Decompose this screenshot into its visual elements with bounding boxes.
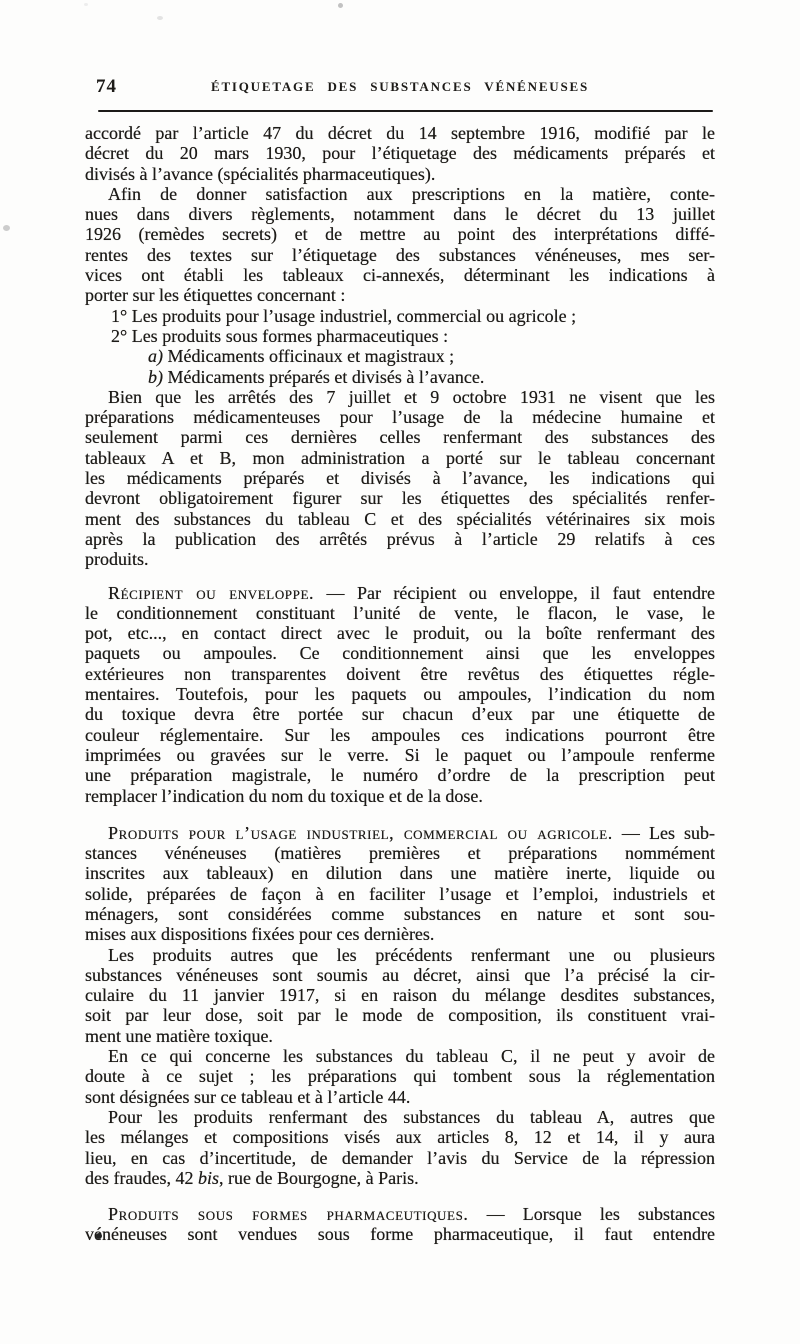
paragraph: Bien que les arrêtés des 7 juillet et 9 … (85, 387, 715, 570)
text-line: devront obligatoirement figurer sur les … (85, 488, 715, 508)
text-line: lieu, en cas d’incertitude, de demander … (85, 1148, 715, 1168)
text-line: substances vénéneuses sont soumis au déc… (85, 965, 715, 985)
text-line: inscrites aux tableaux) en dilution dans… (85, 863, 715, 883)
text-block: accordé par l’article 47 du décret du 14… (85, 123, 715, 1245)
text-line: accordé par l’article 47 du décret du 14… (85, 123, 715, 143)
ink-speck (84, 3, 88, 6)
text-line: couleur réglementaire. Sur les ampoules … (85, 725, 715, 745)
text-line: Afin de donner satisfaction aux prescrip… (85, 184, 715, 204)
text-line: ménagers, sont considérées comme substan… (85, 904, 715, 924)
text-line: En ce qui concerne les substances du tab… (85, 1046, 715, 1066)
paragraph: 1° Les produits pour l’usage industriel,… (85, 306, 715, 326)
text-line: rentes des textes sur l’étiquetage des s… (85, 245, 715, 265)
paragraph: En ce qui concerne les substances du tab… (85, 1046, 715, 1107)
text-line: nues dans divers règlements, notamment d… (85, 204, 715, 224)
paragraph: Pour les produits renfermant des substan… (85, 1107, 715, 1188)
text-line: pot, etc..., en contact direct avec le p… (85, 623, 715, 643)
paragraph: b) Médicaments préparés et divisés à l’a… (85, 367, 715, 387)
small-caps-lead: Produits pour l’usage industriel, commer… (108, 823, 613, 843)
text-line: culaire du 11 janvier 1917, si en raison… (85, 985, 715, 1005)
text-line: ment des substances du tableau C et des … (85, 509, 715, 529)
paragraph: Les produits autres que les précédents r… (85, 945, 715, 1046)
text-line: paquets ou ampoules. Ce conditionnement … (85, 643, 715, 663)
italic-text: a) (148, 346, 163, 366)
paragraph: Produits sous formes pharmaceutiques. — … (85, 1204, 715, 1245)
text-line: mises aux dispositions fixées pour ces d… (85, 924, 715, 944)
text-line: b) Médicaments préparés et divisés à l’a… (148, 367, 715, 387)
text-line: stances vénéneuses (matières premières e… (85, 843, 715, 863)
paragraph: Produits pour l’usage industriel, commer… (85, 823, 715, 945)
text-line: décret du 20 mars 1930, pour l’étiquetag… (85, 143, 715, 163)
text-line: 1926 (remèdes secrets) et de mettre au p… (85, 224, 715, 244)
text-line: vénéneuses sont vendues sous forme pharm… (85, 1224, 715, 1244)
text-line: une préparation magistrale, le numéro d’… (85, 765, 715, 785)
text-line: produits. (85, 549, 715, 569)
text-line: remplacer l’indication du nom du toxique… (85, 786, 715, 806)
text-line: 1° Les produits pour l’usage industriel,… (111, 306, 715, 326)
text-line: a) Médicaments officinaux et magistraux … (148, 346, 715, 366)
italic-text: b) (148, 367, 163, 387)
text-line: Récipient ou enveloppe. — Par récipient … (85, 583, 715, 603)
text-line: solide, préparées de façon à en facilite… (85, 884, 715, 904)
ink-speck (338, 3, 343, 8)
text-line: tableaux A et B, mon administration a po… (85, 448, 715, 468)
text-line: Produits pour l’usage industriel, commer… (85, 823, 715, 843)
text-line: seulement parmi ces dernières celles ren… (85, 427, 715, 447)
text-line: mentaires. Toutefois, pour les paquets o… (85, 684, 715, 704)
text-line: Les produits autres que les précédents r… (85, 945, 715, 965)
small-caps-lead: Récipient ou enveloppe. (108, 583, 314, 603)
ink-speck (3, 225, 10, 231)
paragraph: a) Médicaments officinaux et magistraux … (85, 346, 715, 366)
ink-speck (96, 1233, 102, 1239)
text-line: imprimées ou gravées sur le verre. Si le… (85, 745, 715, 765)
text-line: Pour les produits renfermant des substan… (85, 1107, 715, 1127)
text-line: 2° Les produits sous formes pharmaceutiq… (111, 326, 715, 346)
text-line: ment une matière toxique. (85, 1026, 715, 1046)
small-caps-lead: Produits sous formes pharmaceutiques. (108, 1204, 469, 1224)
text-line: sont désignées sur ce tableau et à l’art… (85, 1087, 715, 1107)
paragraph: accordé par l’article 47 du décret du 14… (85, 123, 715, 184)
text-line: après la publication des arrêtés prévus … (85, 529, 715, 549)
text-line: divisés à l’avance (spécialités pharmace… (85, 164, 715, 184)
text-line: porter sur les étiquettes concernant : (85, 285, 715, 305)
text-line: les mélanges et compositions visés aux a… (85, 1127, 715, 1147)
text-line: le conditionnement constituant l’unité d… (85, 603, 715, 623)
text-line: soit par leur dose, soit par le mode de … (85, 1005, 715, 1025)
text-line: Bien que les arrêtés des 7 juillet et 9 … (85, 387, 715, 407)
text-line: extérieures non transparentes doivent êt… (85, 664, 715, 684)
paragraph: Afin de donner satisfaction aux prescrip… (85, 184, 715, 306)
text-line: des fraudes, 42 bis, rue de Bourgogne, à… (85, 1168, 715, 1188)
paragraph: 2° Les produits sous formes pharmaceutiq… (85, 326, 715, 346)
text-line: du toxique devra être portée sur chacun … (85, 704, 715, 724)
text-line: Produits sous formes pharmaceutiques. — … (85, 1204, 715, 1224)
text-line: vices ont établi les tableaux ci-annexés… (85, 265, 715, 285)
running-title: ÉTIQUETAGE DES SUBSTANCES VÉNÉNEUSES (85, 79, 715, 95)
text-line: doute à ce sujet ; les préparations qui … (85, 1066, 715, 1086)
text-line: préparations médicamenteuses pour l’usag… (85, 407, 715, 427)
scanned-book-page: 74 ÉTIQUETAGE DES SUBSTANCES VÉNÉNEUSES … (0, 0, 800, 1344)
text-line: les médicaments préparés et divisés à l’… (85, 468, 715, 488)
header-rule (98, 110, 713, 112)
paragraph: Récipient ou enveloppe. — Par récipient … (85, 583, 715, 806)
ink-speck (157, 16, 163, 20)
italic-text: bis (198, 1168, 219, 1188)
